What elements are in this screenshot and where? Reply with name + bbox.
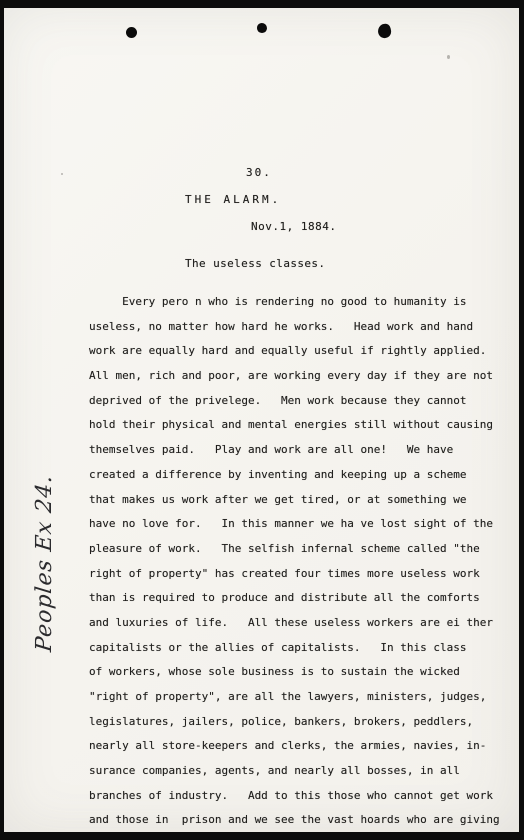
body-text-line: capitalists or the allies of capitalists… [89,636,509,661]
scan-speck [447,55,450,59]
body-text-line: deprived of the privelege. Men work beca… [89,389,509,414]
body-text-line: nearly all store-keepers and clerks, the… [89,734,509,759]
body-text-line: work are equally hard and equally useful… [89,339,509,364]
body-text-line: surance companies, agents, and nearly al… [89,759,509,784]
body-text-line: All men, rich and poor, are working ever… [89,364,509,389]
body-text-line: right of property" has created four time… [89,562,509,587]
body-text-line: have no love for. In this manner we ha v… [89,512,509,537]
ink-dot-icon [126,27,137,38]
document-page: Peoples Ex 24. 30. THE ALARM. Nov.1, 188… [4,8,519,832]
ink-dot-icon [257,23,267,33]
body-text-line: themselves paid. Play and work are all o… [89,438,509,463]
body-text-line: that makes us work after we get tired, o… [89,488,509,513]
publication-title: THE ALARM. [185,193,281,206]
body-text-line: useless, no matter how hard he works. He… [89,315,509,340]
body-text-line: Every pero n who is rendering no good to… [89,290,509,315]
article-body: Every pero n who is rendering no good to… [89,290,509,833]
scanned-document: Peoples Ex 24. 30. THE ALARM. Nov.1, 188… [0,0,524,840]
scan-speck [61,173,63,175]
body-text-line: hold their physical and mental energies … [89,413,509,438]
body-text-line: than is required to produce and distribu… [89,586,509,611]
body-text-line: and luxuries of life. All these useless … [89,611,509,636]
ink-dot-icon [377,23,393,39]
body-text-line: and those in prison and we see the vast … [89,808,509,833]
body-text-line: of workers, whose sole business is to su… [89,660,509,685]
body-text-line: pleasure of work. The selfish infernal s… [89,537,509,562]
body-text-line: branches of industry. Add to this those … [89,784,509,809]
dateline: Nov.1, 1884. [251,220,336,233]
body-text-line: legislatures, jailers, police, bankers, … [89,710,509,735]
article-title: The useless classes. [185,257,325,270]
body-text-line: created a difference by inventing and ke… [89,463,509,488]
handwritten-exhibit-annotation: Peoples Ex 24. [32,437,72,691]
body-text-line: "right of property", are all the lawyers… [89,685,509,710]
page-number: 30. [246,166,272,179]
